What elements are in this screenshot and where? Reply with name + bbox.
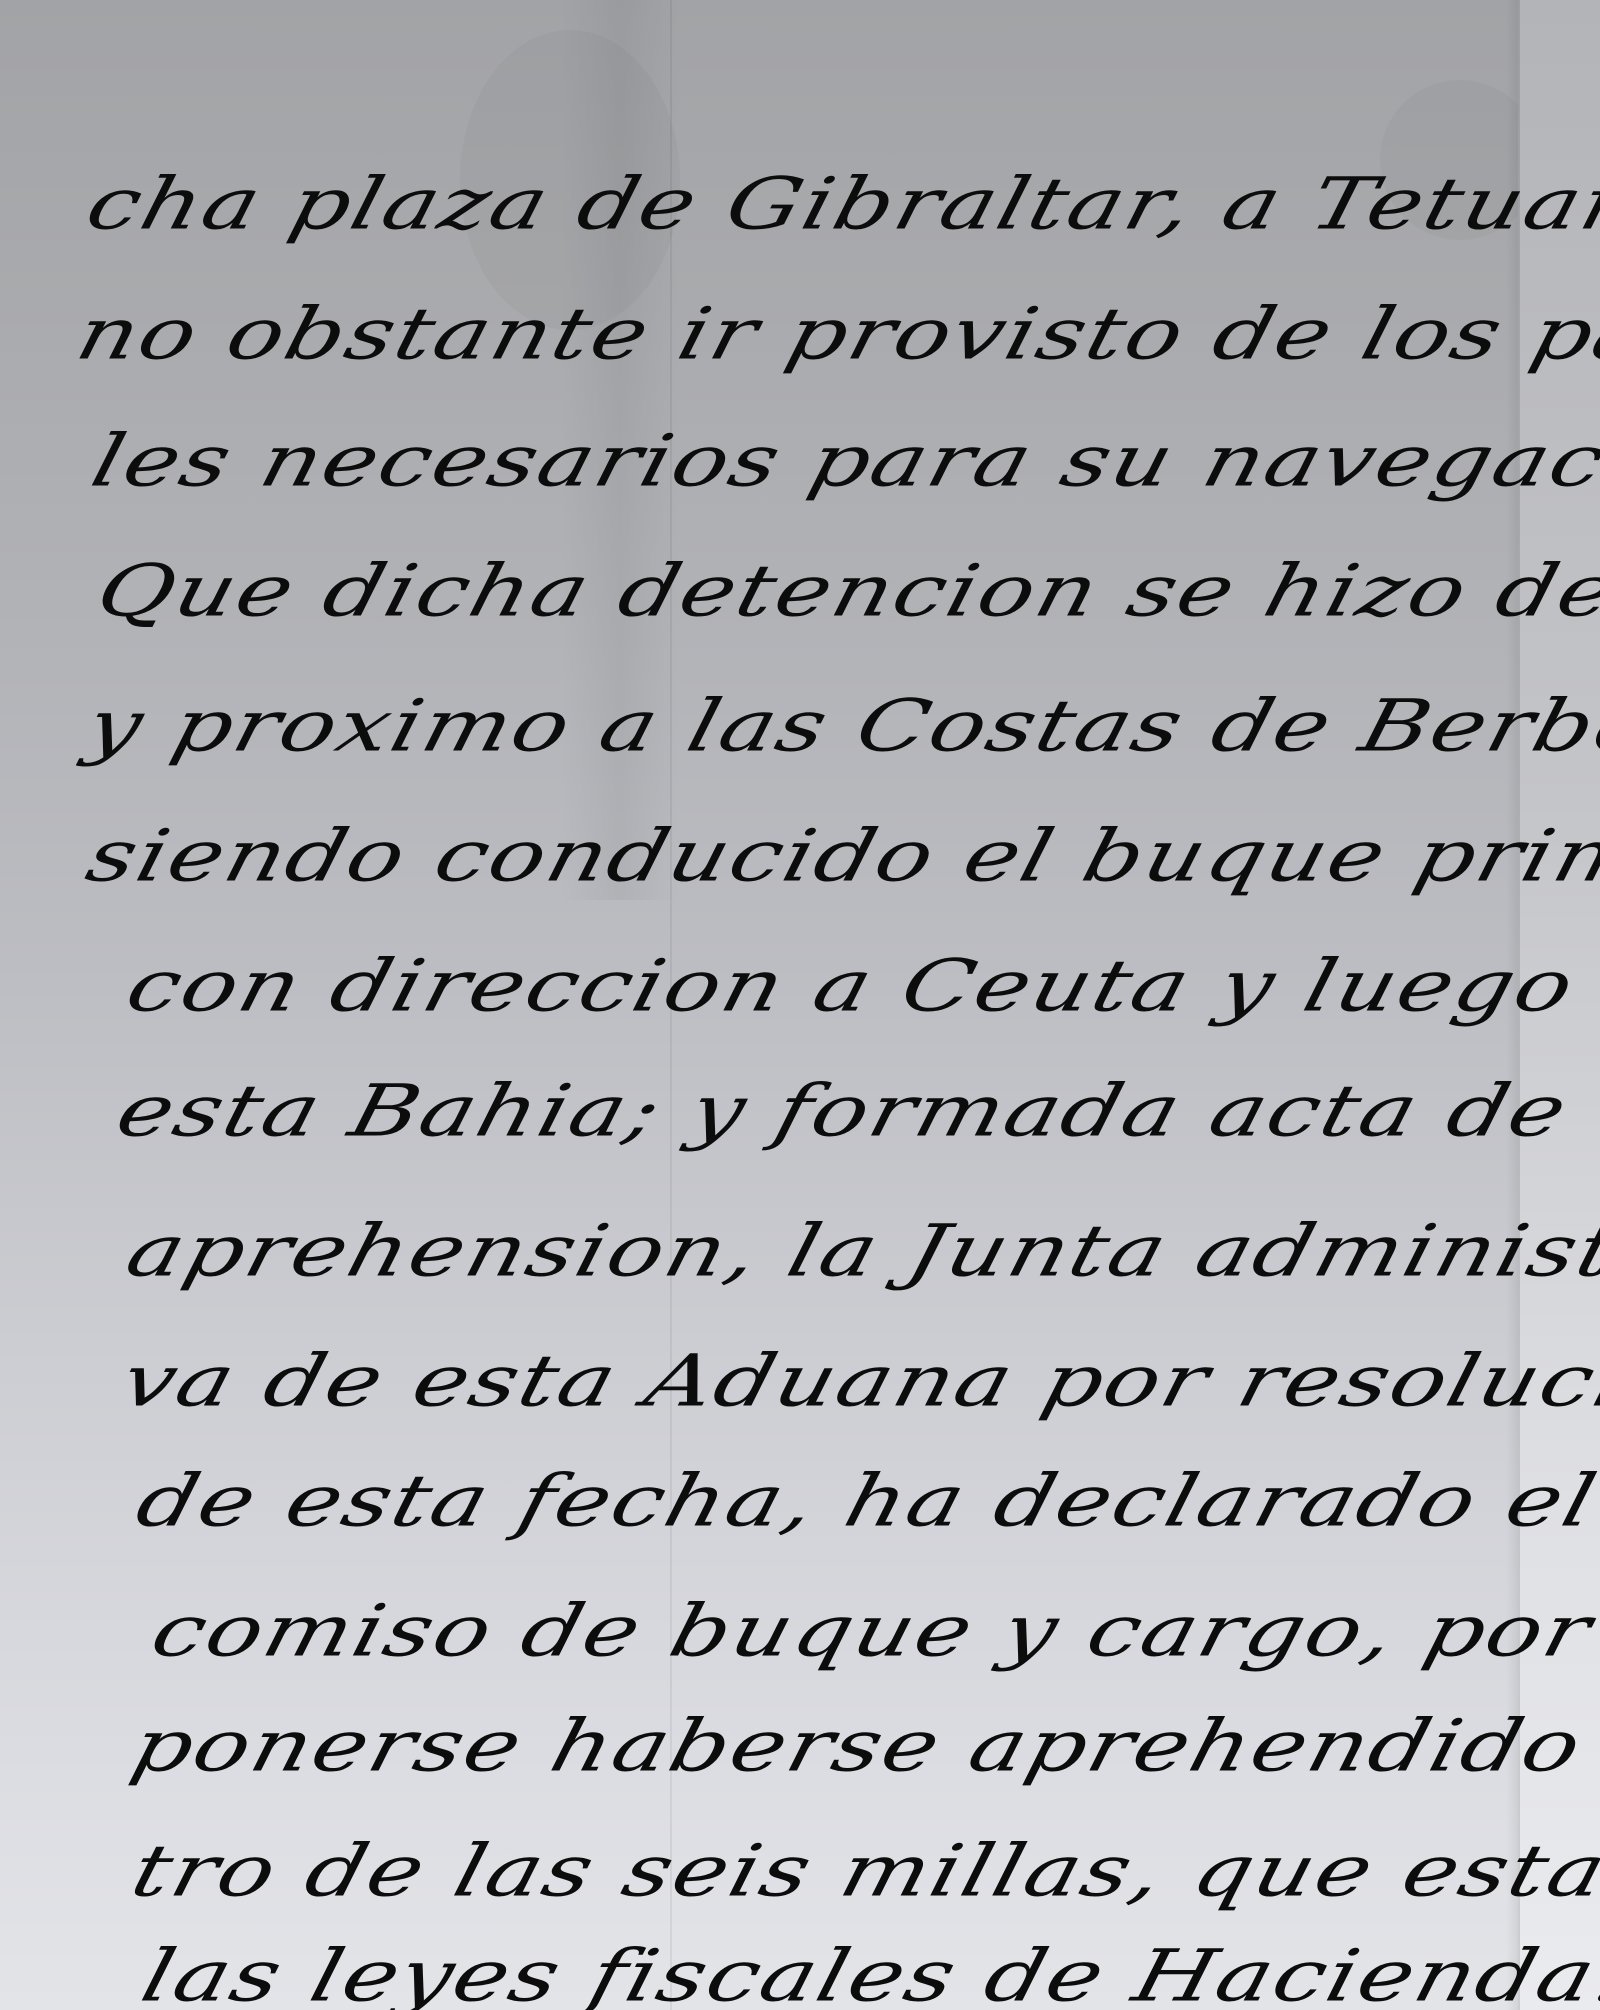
- manuscript-line: comiso de buque y cargo, por su: [145, 1595, 1600, 1667]
- manuscript-line: siendo conducido el buque primero: [80, 820, 1600, 892]
- manuscript-line: con direccion a Ceuta y luego á: [120, 950, 1600, 1022]
- manuscript-line: cha plaza de Gibraltar, a Tetuan,: [80, 168, 1600, 240]
- manuscript-page: cha plaza de Gibraltar, a Tetuan, no obs…: [0, 0, 1600, 2010]
- manuscript-line: las leyes fiscales de Hacienda.: [135, 1940, 1600, 2010]
- manuscript-line: aprehension, la Junta administra: [120, 1215, 1600, 1287]
- manuscript-line: esta Bahia; y formada acta de: [110, 1075, 1575, 1147]
- manuscript-line: va de esta Aduana por resolucion: [115, 1345, 1600, 1417]
- manuscript-line: y proximo a las Costas de Berberi: [80, 690, 1600, 762]
- manuscript-line: no obstante ir provisto de los pape: [70, 298, 1600, 370]
- manuscript-line: de esta fecha, ha declarado el: [130, 1465, 1600, 1537]
- handwritten-text: cha plaza de Gibraltar, a Tetuan, no obs…: [0, 0, 1600, 2010]
- manuscript-line: tro de las seis millas, que estable: [125, 1835, 1600, 1907]
- manuscript-line: ponerse haberse aprehendido den: [125, 1710, 1600, 1782]
- manuscript-line: Que dicha detencion se hizo de di: [90, 555, 1600, 627]
- manuscript-line: les necesarios para su navegacion: [85, 425, 1600, 497]
